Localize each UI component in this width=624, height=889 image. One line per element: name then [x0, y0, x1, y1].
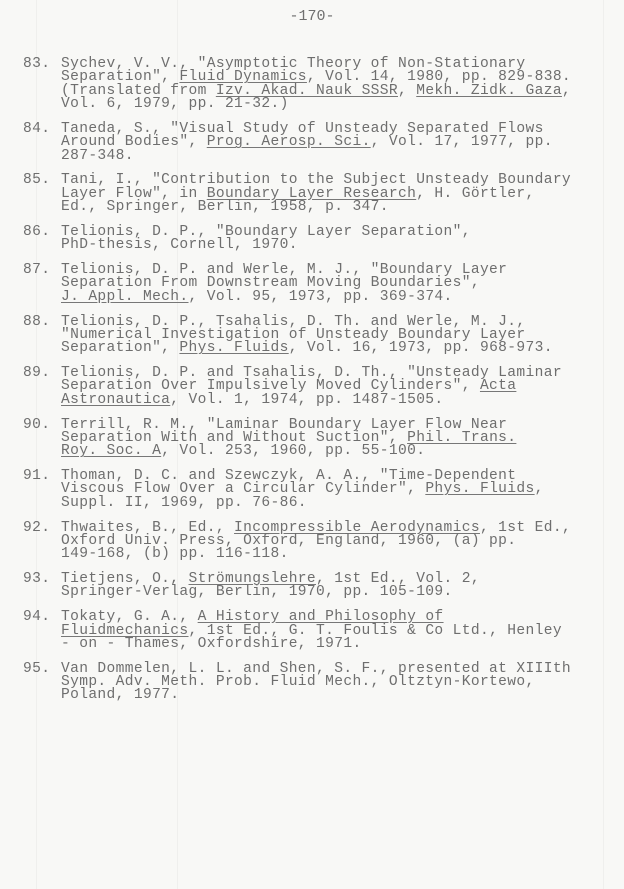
reference-entry: 89.Telionis, D. P. and Tsahalis, D. Th.,… [23, 367, 613, 407]
reference-number: 94. [23, 611, 50, 624]
publication-title: Mekh. Zidk. Gaza [416, 83, 562, 99]
reference-line: 149-168, (b) pp. 116-118. [61, 548, 613, 561]
reference-text: Springer-Verlag, Berlin, 1970, pp. 105-1… [61, 584, 453, 600]
publication-title: Roy. Soc. A [61, 443, 161, 459]
reference-number: 89. [23, 367, 50, 380]
reference-number: 83. [23, 58, 50, 71]
publication-title: Phys. Fluids [425, 481, 534, 497]
reference-line: Springer-Verlag, Berlin, 1970, pp. 105-1… [61, 586, 613, 599]
reference-number: 90. [23, 419, 50, 432]
reference-line: Vol. 6, 1979, pp. 21-32.) [61, 98, 613, 111]
publication-title: Phys. Fluids [179, 340, 288, 356]
publication-title: Acta [480, 378, 516, 394]
publication-title: J. Appl. Mech. [61, 289, 189, 305]
reference-line: Poland, 1977. [61, 689, 613, 702]
reference-entry: 90.Terrill, R. M., "Laminar Boundary Lay… [23, 419, 613, 459]
reference-text: Poland, 1977. [61, 687, 179, 703]
reference-number: 85. [23, 174, 50, 187]
reference-number: 92. [23, 522, 50, 535]
reference-entry: 94.Tokaty, G. A., A History and Philosop… [23, 611, 613, 651]
reference-text: , [398, 83, 416, 99]
reference-entry: 87.Telionis, D. P. and Werle, M. J., "Bo… [23, 264, 613, 304]
reference-text: , Vol. 1, 1974, pp. 1487-1505. [170, 392, 443, 408]
reference-text: , Vol. 16, 1973, pp. 968-973. [289, 340, 553, 356]
reference-entry: 88.Telionis, D. P., Tsahalis, D. Th. and… [23, 316, 613, 356]
reference-text: Suppl. II, 1969, pp. 76-86. [61, 495, 307, 511]
reference-text: 287-348. [61, 148, 134, 164]
reference-text: , Vol. 253, 1960, pp. 55-100. [161, 443, 425, 459]
reference-text: , [535, 481, 544, 497]
reference-number: 88. [23, 316, 50, 329]
reference-line: Around Bodies", Prog. Aerosp. Sci., Vol.… [61, 136, 613, 149]
page-number: -170- [0, 8, 624, 25]
reference-number: 91. [23, 470, 50, 483]
reference-text: Ed., Springer, Berlin, 1958, p. 347. [61, 199, 389, 215]
reference-line: PhD-thesis, Cornell, 1970. [61, 239, 613, 252]
reference-number: 86. [23, 226, 50, 239]
reference-line: Separation", Phys. Fluids, Vol. 16, 1973… [61, 342, 613, 355]
reference-entry: 93.Tietjens, O., Strömungslehre, 1st Ed.… [23, 573, 613, 600]
reference-text: Separation", [61, 340, 179, 356]
reference-text: 149-168, (b) pp. 116-118. [61, 546, 289, 562]
reference-entry: 86.Telionis, D. P., "Boundary Layer Sepa… [23, 226, 613, 253]
reference-line: Roy. Soc. A, Vol. 253, 1960, pp. 55-100. [61, 445, 613, 458]
reference-entry: 84.Taneda, S., "Visual Study of Unsteady… [23, 123, 613, 163]
reference-line: Ed., Springer, Berlin, 1958, p. 347. [61, 201, 613, 214]
publication-title: Prog. Aerosp. Sci. [207, 134, 371, 150]
reference-entry: 85.Tani, I., "Contribution to the Subjec… [23, 174, 613, 214]
reference-text: - on - Thames, Oxfordshire, 1971. [61, 636, 362, 652]
reference-line: Astronautica, Vol. 1, 1974, pp. 1487-150… [61, 394, 613, 407]
reference-text: PhD-thesis, Cornell, 1970. [61, 237, 298, 253]
publication-title: Astronautica [61, 392, 170, 408]
reference-entry: 83.Sychev, V. V., "Asymptotic Theory of … [23, 58, 613, 112]
reference-list: 83.Sychev, V. V., "Asymptotic Theory of … [23, 58, 613, 714]
reference-number: 87. [23, 264, 50, 277]
reference-entry: 95.Van Dommelen, L. L. and Shen, S. F., … [23, 663, 613, 703]
reference-entry: 92.Thwaites, B., Ed., Incompressible Aer… [23, 522, 613, 562]
reference-text: , [562, 83, 571, 99]
reference-line: 287-348. [61, 150, 613, 163]
reference-text: , H. Görtler, [416, 186, 534, 202]
reference-text: , Vol. 95, 1973, pp. 369-374. [189, 289, 453, 305]
reference-text: , Vol. 17, 1977, pp. [371, 134, 553, 150]
reference-number: 93. [23, 573, 50, 586]
reference-text: Vol. 6, 1979, pp. 21-32.) [61, 96, 289, 112]
reference-entry: 91.Thoman, D. C. and Szewczyk, A. A., "T… [23, 470, 613, 510]
reference-number: 95. [23, 663, 50, 676]
reference-line: J. Appl. Mech., Vol. 95, 1973, pp. 369-3… [61, 291, 613, 304]
reference-line: - on - Thames, Oxfordshire, 1971. [61, 638, 613, 651]
reference-number: 84. [23, 123, 50, 136]
reference-line: Suppl. II, 1969, pp. 76-86. [61, 497, 613, 510]
